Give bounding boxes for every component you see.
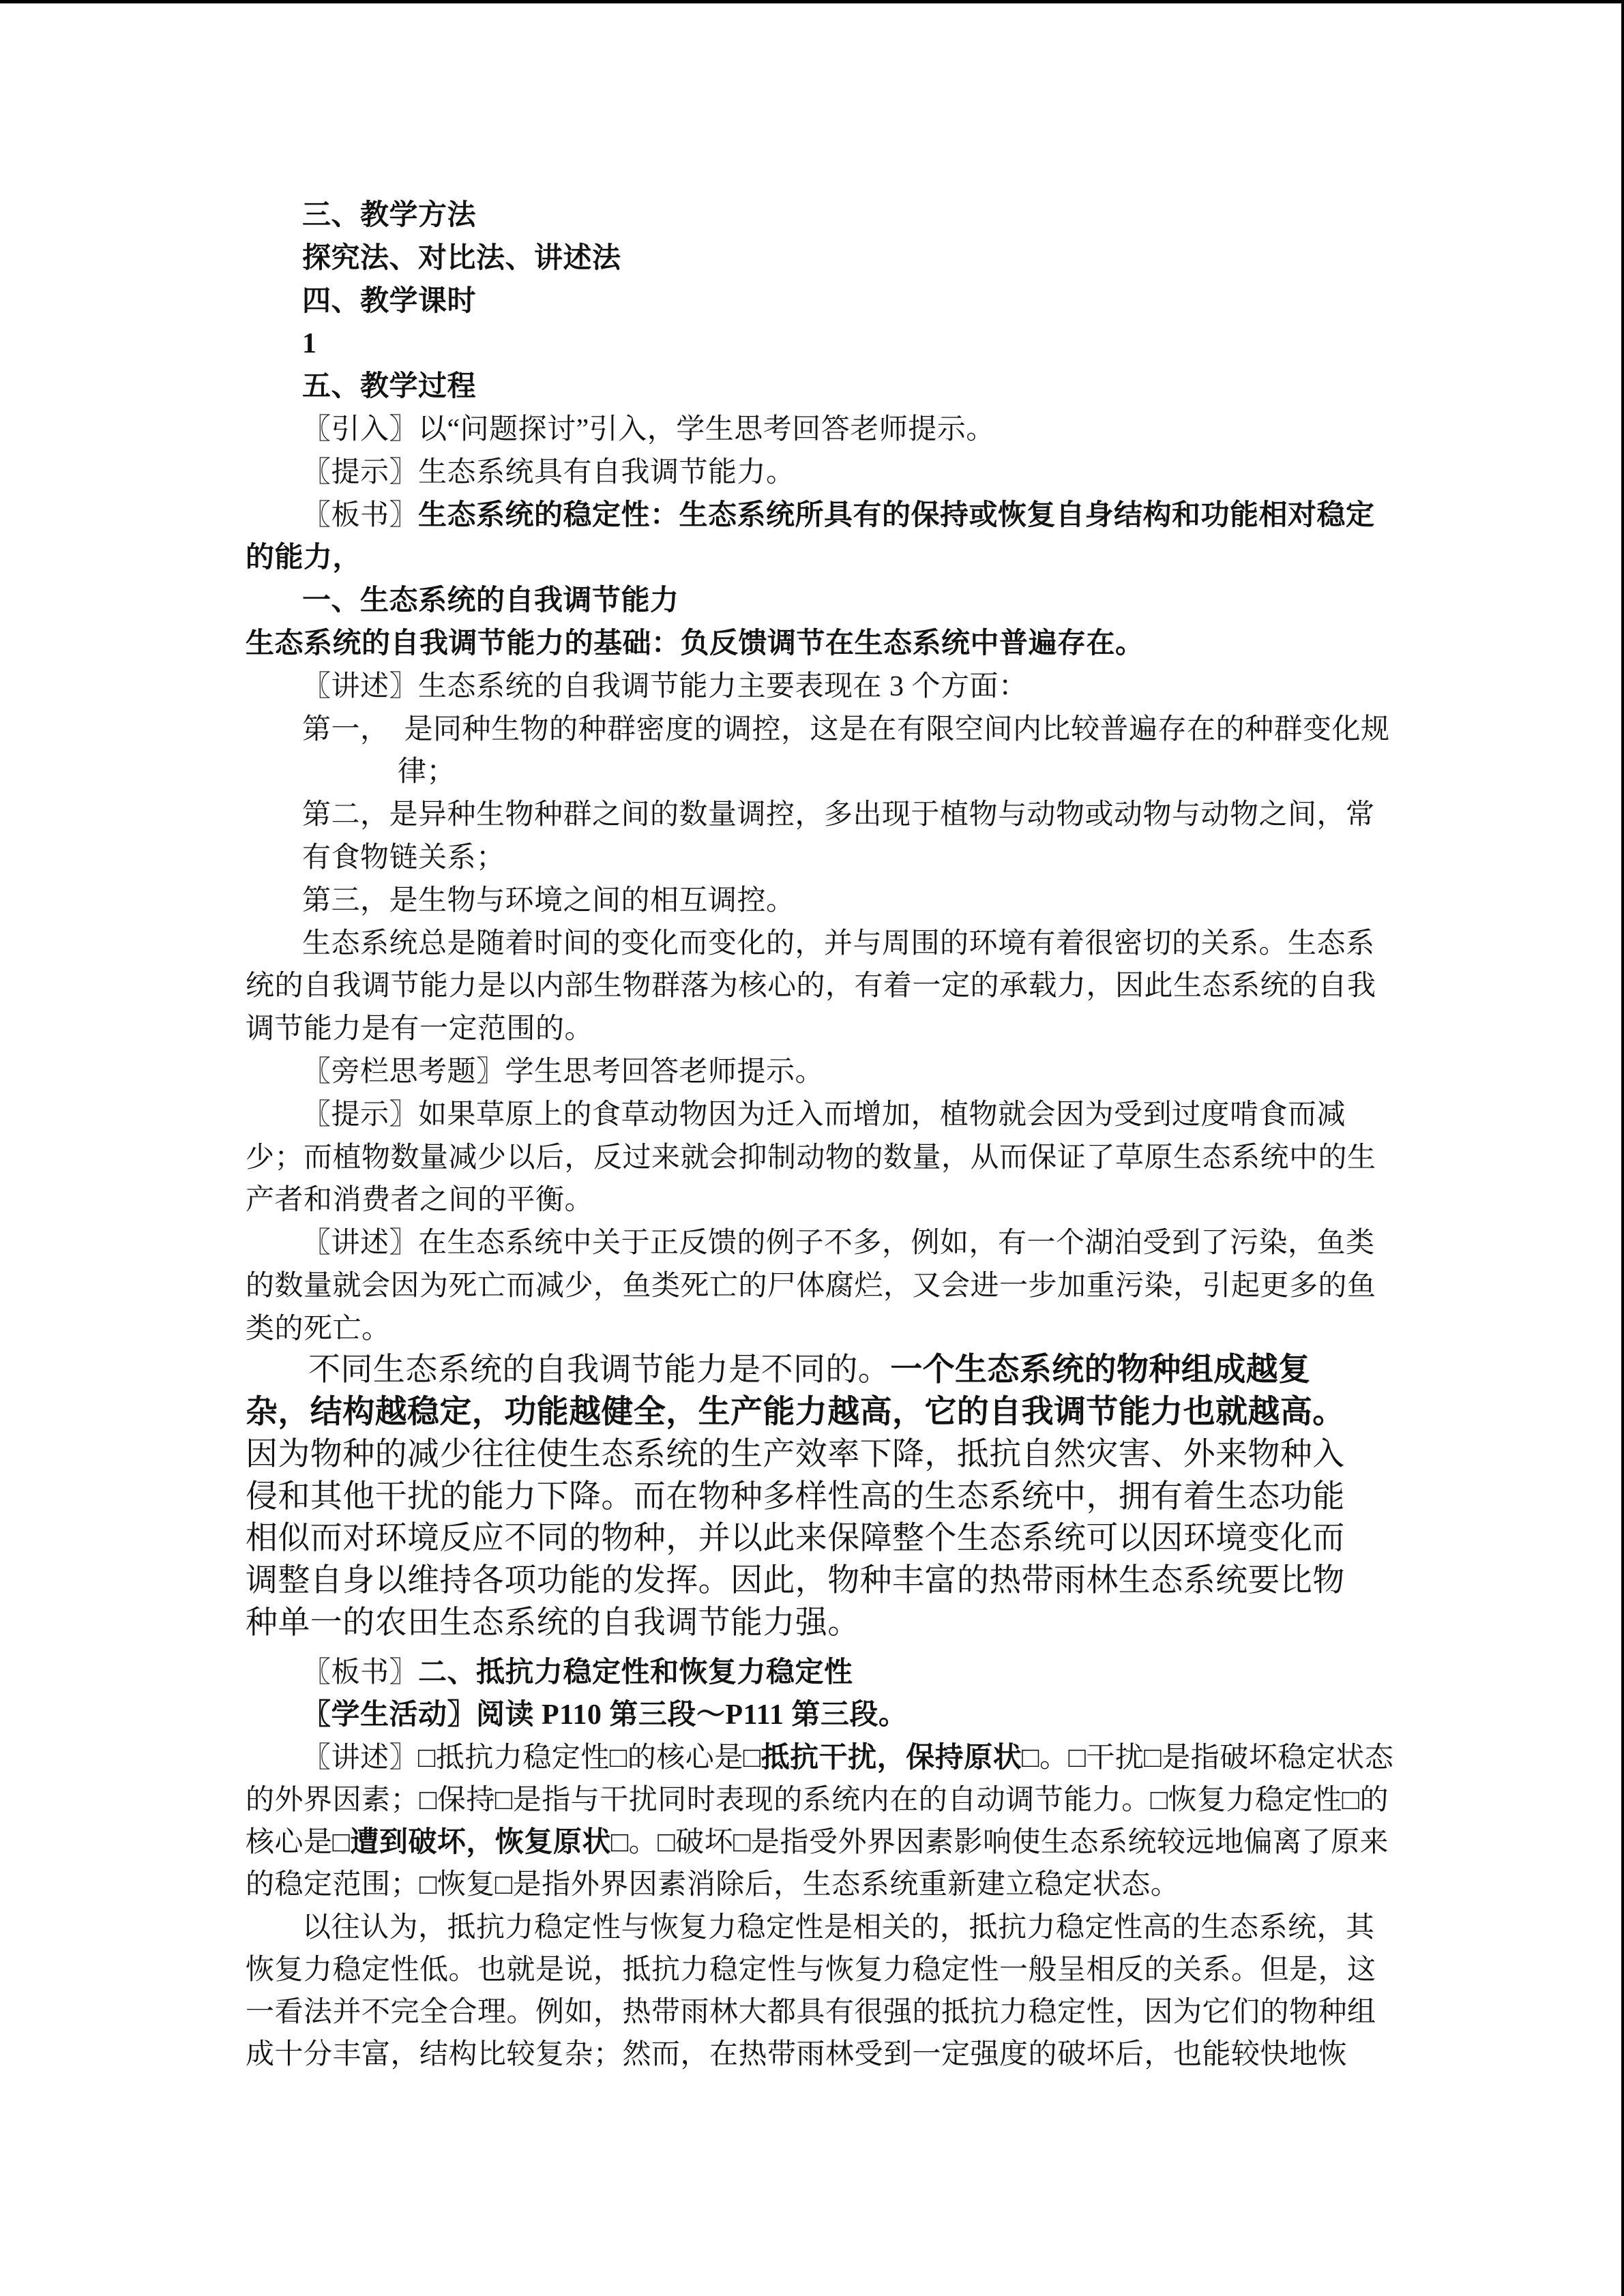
text-line: 产者和消费者之间的平衡。 (246, 1186, 593, 1216)
text-line: 第三，是生物与环境之间的相互调控。 (302, 886, 795, 916)
text-run: 律； (398, 756, 456, 788)
text-run: 核心是□ (246, 1827, 350, 1858)
text-run: 遭到破坏，恢复原状 (350, 1827, 611, 1858)
text-run: 的稳定范围；□恢复□是指外界因素消除后，生态系统重新建立稳定状态。 (246, 1869, 1179, 1900)
text-line: 第一， 是同种生物的种群密度的调控，这是在有限空间内比较普遍存在的种群变化规 (302, 715, 1390, 745)
text-run: 生态系统总是随着时间的变化而变化的，并与周围的环境有着很密切的关系。生态系 (302, 928, 1375, 959)
text-line: 〖引入〗以“问题探讨”引入，学生思考回答老师提示。 (302, 415, 995, 445)
text-line: 类的死亡。 (246, 1315, 391, 1345)
text-run: 调节能力是有一定范围的。 (246, 1013, 593, 1045)
text-line: 少；而植物数量减少以后，反过来就会抑制动物的数量，从而保证了草原生态系统中的生 (246, 1144, 1376, 1174)
text-run: 一个生态系统的物种组成越复 (890, 1352, 1310, 1388)
text-run: 第二，是异种生物种群之间的数量调控，多出现于植物与动物或动物与动物之间，常 (302, 799, 1375, 831)
text-line: 成十分丰富，结构比较复杂；然而，在热带雨林受到一定强度的破坏后，也能较快地恢 (246, 2040, 1347, 2070)
text-line: 相似而对环境反应不同的物种，并以此来保障整个生态系统可以因环境变化而 (246, 1522, 1345, 1555)
text-run: 恢复力稳定性低。也就是说，抵抗力稳定性与恢复力稳定性一般呈相反的关系。但是，这 (246, 1954, 1376, 1986)
text-line: 三、教学方法 (302, 201, 476, 231)
document-text-area: 三、教学方法探究法、对比法、讲述法四、教学课时1五、教学过程〖引入〗以“问题探讨… (0, 0, 1624, 2296)
text-line: 的数量就会因为死亡而减少，鱼类死亡的尸体腐烂，又会进一步加重污染，引起更多的鱼 (246, 1272, 1376, 1302)
text-line: 一、生态系统的自我调节能力 (302, 586, 679, 616)
text-line: 四、教学课时 (302, 287, 476, 317)
text-run: 四、教学课时 (302, 286, 476, 317)
text-line: 〖讲述〗生态系统的自我调节能力主要表现在 3 个方面： (302, 672, 1028, 702)
text-line: 以往认为，抵抗力稳定性与恢复力稳定性是相关的，抵抗力稳定性高的生态系统，其 (302, 1913, 1375, 1943)
text-line: 〖提示〗生态系统具有自我调节能力。 (302, 458, 795, 488)
text-line: 〖板书〗二、抵抗力稳定性和恢复力稳定性 (302, 1658, 853, 1688)
text-run: 第三，是生物与环境之间的相互调控。 (302, 885, 795, 916)
text-run: 类的死亡。 (246, 1313, 391, 1345)
text-line: 〖板书〗生态系统的稳定性：生态系统所具有的保持或恢复自身结构和功能相对稳定 (302, 501, 1375, 531)
text-run: 探究法、对比法、讲述法 (302, 243, 621, 274)
text-run: 的数量就会因为死亡而减少，鱼类死亡的尸体腐烂，又会进一步加重污染，引起更多的鱼 (246, 1270, 1376, 1302)
text-run: 〖提示〗如果草原上的食草动物因为迁入而增加，植物就会因为受到过度啃食而减 (302, 1099, 1346, 1131)
text-run: 杂，结构越稳定，功能越健全，生产能力越高，它的自我调节能力也就越高。 (246, 1395, 1345, 1430)
text-line: 的外界因素；□保持□是指与干扰同时表现的系统内在的自动调节能力。□恢复力稳定性□… (246, 1786, 1389, 1816)
text-run: 产者和消费者之间的平衡。 (246, 1184, 593, 1216)
text-run: 〖提示〗生态系统具有自我调节能力。 (302, 457, 795, 488)
text-run: 第一， 是同种生物的种群密度的调控，这是在有限空间内比较普遍存在的种群变化规 (302, 714, 1390, 745)
text-run: 少；而植物数量减少以后，反过来就会抑制动物的数量，从而保证了草原生态系统中的生 (246, 1142, 1376, 1174)
text-run: 〖板书〗 (302, 1657, 418, 1688)
text-run: 生态系统的稳定性：生态系统所具有的保持或恢复自身结构和功能相对稳定 (418, 500, 1375, 531)
text-run: 侵和其他干扰的能力下降。而在物种多样性高的生态系统中，拥有着生态功能 (246, 1479, 1345, 1515)
text-run: 不同生态系统的自我调节能力是不同的。 (308, 1352, 890, 1388)
text-run: 〖讲述〗在生态系统中关于正反馈的例子不多，例如，有一个湖泊受到了污染，鱼类 (302, 1227, 1375, 1259)
text-run: 〖讲述〗生态系统的自我调节能力主要表现在 3 个方面： (302, 671, 1028, 702)
text-line: 第二，是异种生物种群之间的数量调控，多出现于植物与动物或动物与动物之间，常 (302, 801, 1375, 831)
text-line: 〖讲述〗在生态系统中关于正反馈的例子不多，例如，有一个湖泊受到了污染，鱼类 (302, 1229, 1375, 1259)
text-run: 有食物链关系； (302, 842, 505, 874)
text-line: 五、教学过程 (302, 372, 476, 402)
text-line: 有食物链关系； (302, 844, 505, 874)
text-run: □。□干扰□是指破坏稳定状态 (1022, 1742, 1393, 1774)
text-line: 调节能力是有一定范围的。 (246, 1015, 593, 1045)
text-run: 〖讲述〗□抵抗力稳定性□的核心是□ (302, 1742, 761, 1774)
text-line: 生态系统总是随着时间的变化而变化的，并与周围的环境有着很密切的关系。生态系 (302, 929, 1375, 959)
text-run: 三、教学方法 (302, 200, 476, 231)
text-line: 统的自我调节能力是以内部生物群落为核心的，有着一定的承载力，因此生态系统的自我 (246, 972, 1376, 1002)
text-line: 种单一的农田生态系统的自我调节能力强。 (246, 1607, 860, 1640)
text-run: 调整自身以维持各项功能的发挥。因此，物种丰富的热带雨林生态系统要比物 (246, 1563, 1345, 1598)
text-line: 恢复力稳定性低。也就是说，抵抗力稳定性与恢复力稳定性一般呈相反的关系。但是，这 (246, 1956, 1376, 1986)
text-line: 探究法、对比法、讲述法 (302, 244, 621, 274)
text-line: 杂，结构越稳定，功能越健全，生产能力越高，它的自我调节能力也就越高。 (246, 1396, 1345, 1429)
text-line: 的能力， (246, 543, 361, 573)
text-line: 的稳定范围；□恢复□是指外界因素消除后，生态系统重新建立稳定状态。 (246, 1870, 1179, 1900)
text-run: 抵抗干扰，保持原状 (761, 1742, 1022, 1774)
text-run: 〖学生活动〗阅读 P110 第三段～P111 第三段。 (302, 1699, 907, 1731)
text-line: 1 (302, 329, 317, 359)
text-run: 成十分丰富，结构比较复杂；然而，在热带雨林受到一定强度的破坏后，也能较快地恢 (246, 2039, 1347, 2070)
text-run: 1 (302, 328, 317, 359)
text-run: 二、抵抗力稳定性和恢复力稳定性 (418, 1657, 853, 1688)
text-run: 因为物种的减少往往使生态系统的生产效率下降，抵抗自然灾害、外来物种入 (246, 1437, 1345, 1472)
text-run: 种单一的农田生态系统的自我调节能力强。 (246, 1605, 860, 1641)
text-run: 一、生态系统的自我调节能力 (302, 585, 679, 616)
text-run: 的外界因素；□保持□是指与干扰同时表现的系统内在的自动调节能力。□恢复力稳定性□… (246, 1785, 1389, 1816)
text-run: 相似而对环境反应不同的物种，并以此来保障整个生态系统可以因环境变化而 (246, 1521, 1345, 1556)
text-run: □。□破坏□是指受外界因素影响使生态系统较远地偏离了原来 (611, 1827, 1389, 1858)
text-line: 一看法并不完全合理。例如，热带雨林大都具有很强的抵抗力稳定性，因为它们的物种组 (246, 1998, 1376, 2028)
text-run: 〖板书〗 (302, 500, 418, 531)
text-run: 的能力， (246, 542, 361, 573)
text-line: 律； (398, 758, 456, 788)
text-line: 〖旁栏思考题〗学生思考回答老师提示。 (302, 1058, 824, 1088)
document-page: 三、教学方法探究法、对比法、讲述法四、教学课时1五、教学过程〖引入〗以“问题探讨… (0, 0, 1624, 2296)
text-run: 统的自我调节能力是以内部生物群落为核心的，有着一定的承载力，因此生态系统的自我 (246, 970, 1376, 1002)
text-line: 〖讲述〗□抵抗力稳定性□的核心是□抵抗干扰，保持原状□。□干扰□是指破坏稳定状态 (302, 1744, 1393, 1774)
text-run: 一看法并不完全合理。例如，热带雨林大都具有很强的抵抗力稳定性，因为它们的物种组 (246, 1997, 1376, 2028)
text-run: 〖引入〗以“问题探讨”引入，学生思考回答老师提示。 (302, 414, 995, 445)
text-line: 核心是□遭到破坏，恢复原状□。□破坏□是指受外界因素影响使生态系统较远地偏离了原… (246, 1828, 1389, 1858)
text-run: 五、教学过程 (302, 371, 476, 402)
text-line: 因为物种的减少往往使生态系统的生产效率下降，抵抗自然灾害、外来物种入 (246, 1438, 1345, 1472)
text-line: 生态系统的自我调节能力的基础：负反馈调节在生态系统中普遍存在。 (246, 629, 1145, 659)
text-run: 以往认为，抵抗力稳定性与恢复力稳定性是相关的，抵抗力稳定性高的生态系统，其 (302, 1912, 1375, 1943)
text-line: 调整自身以维持各项功能的发挥。因此，物种丰富的热带雨林生态系统要比物 (246, 1564, 1345, 1598)
text-line: 〖学生活动〗阅读 P110 第三段～P111 第三段。 (302, 1701, 907, 1731)
text-run: 〖旁栏思考题〗学生思考回答老师提示。 (302, 1056, 824, 1088)
text-line: 不同生态系统的自我调节能力是不同的。一个生态系统的物种组成越复 (308, 1354, 1310, 1387)
text-line: 〖提示〗如果草原上的食草动物因为迁入而增加，植物就会因为受到过度啃食而减 (302, 1101, 1346, 1131)
text-line: 侵和其他干扰的能力下降。而在物种多样性高的生态系统中，拥有着生态功能 (246, 1480, 1345, 1514)
text-run: 生态系统的自我调节能力的基础：负反馈调节在生态系统中普遍存在。 (246, 628, 1145, 659)
